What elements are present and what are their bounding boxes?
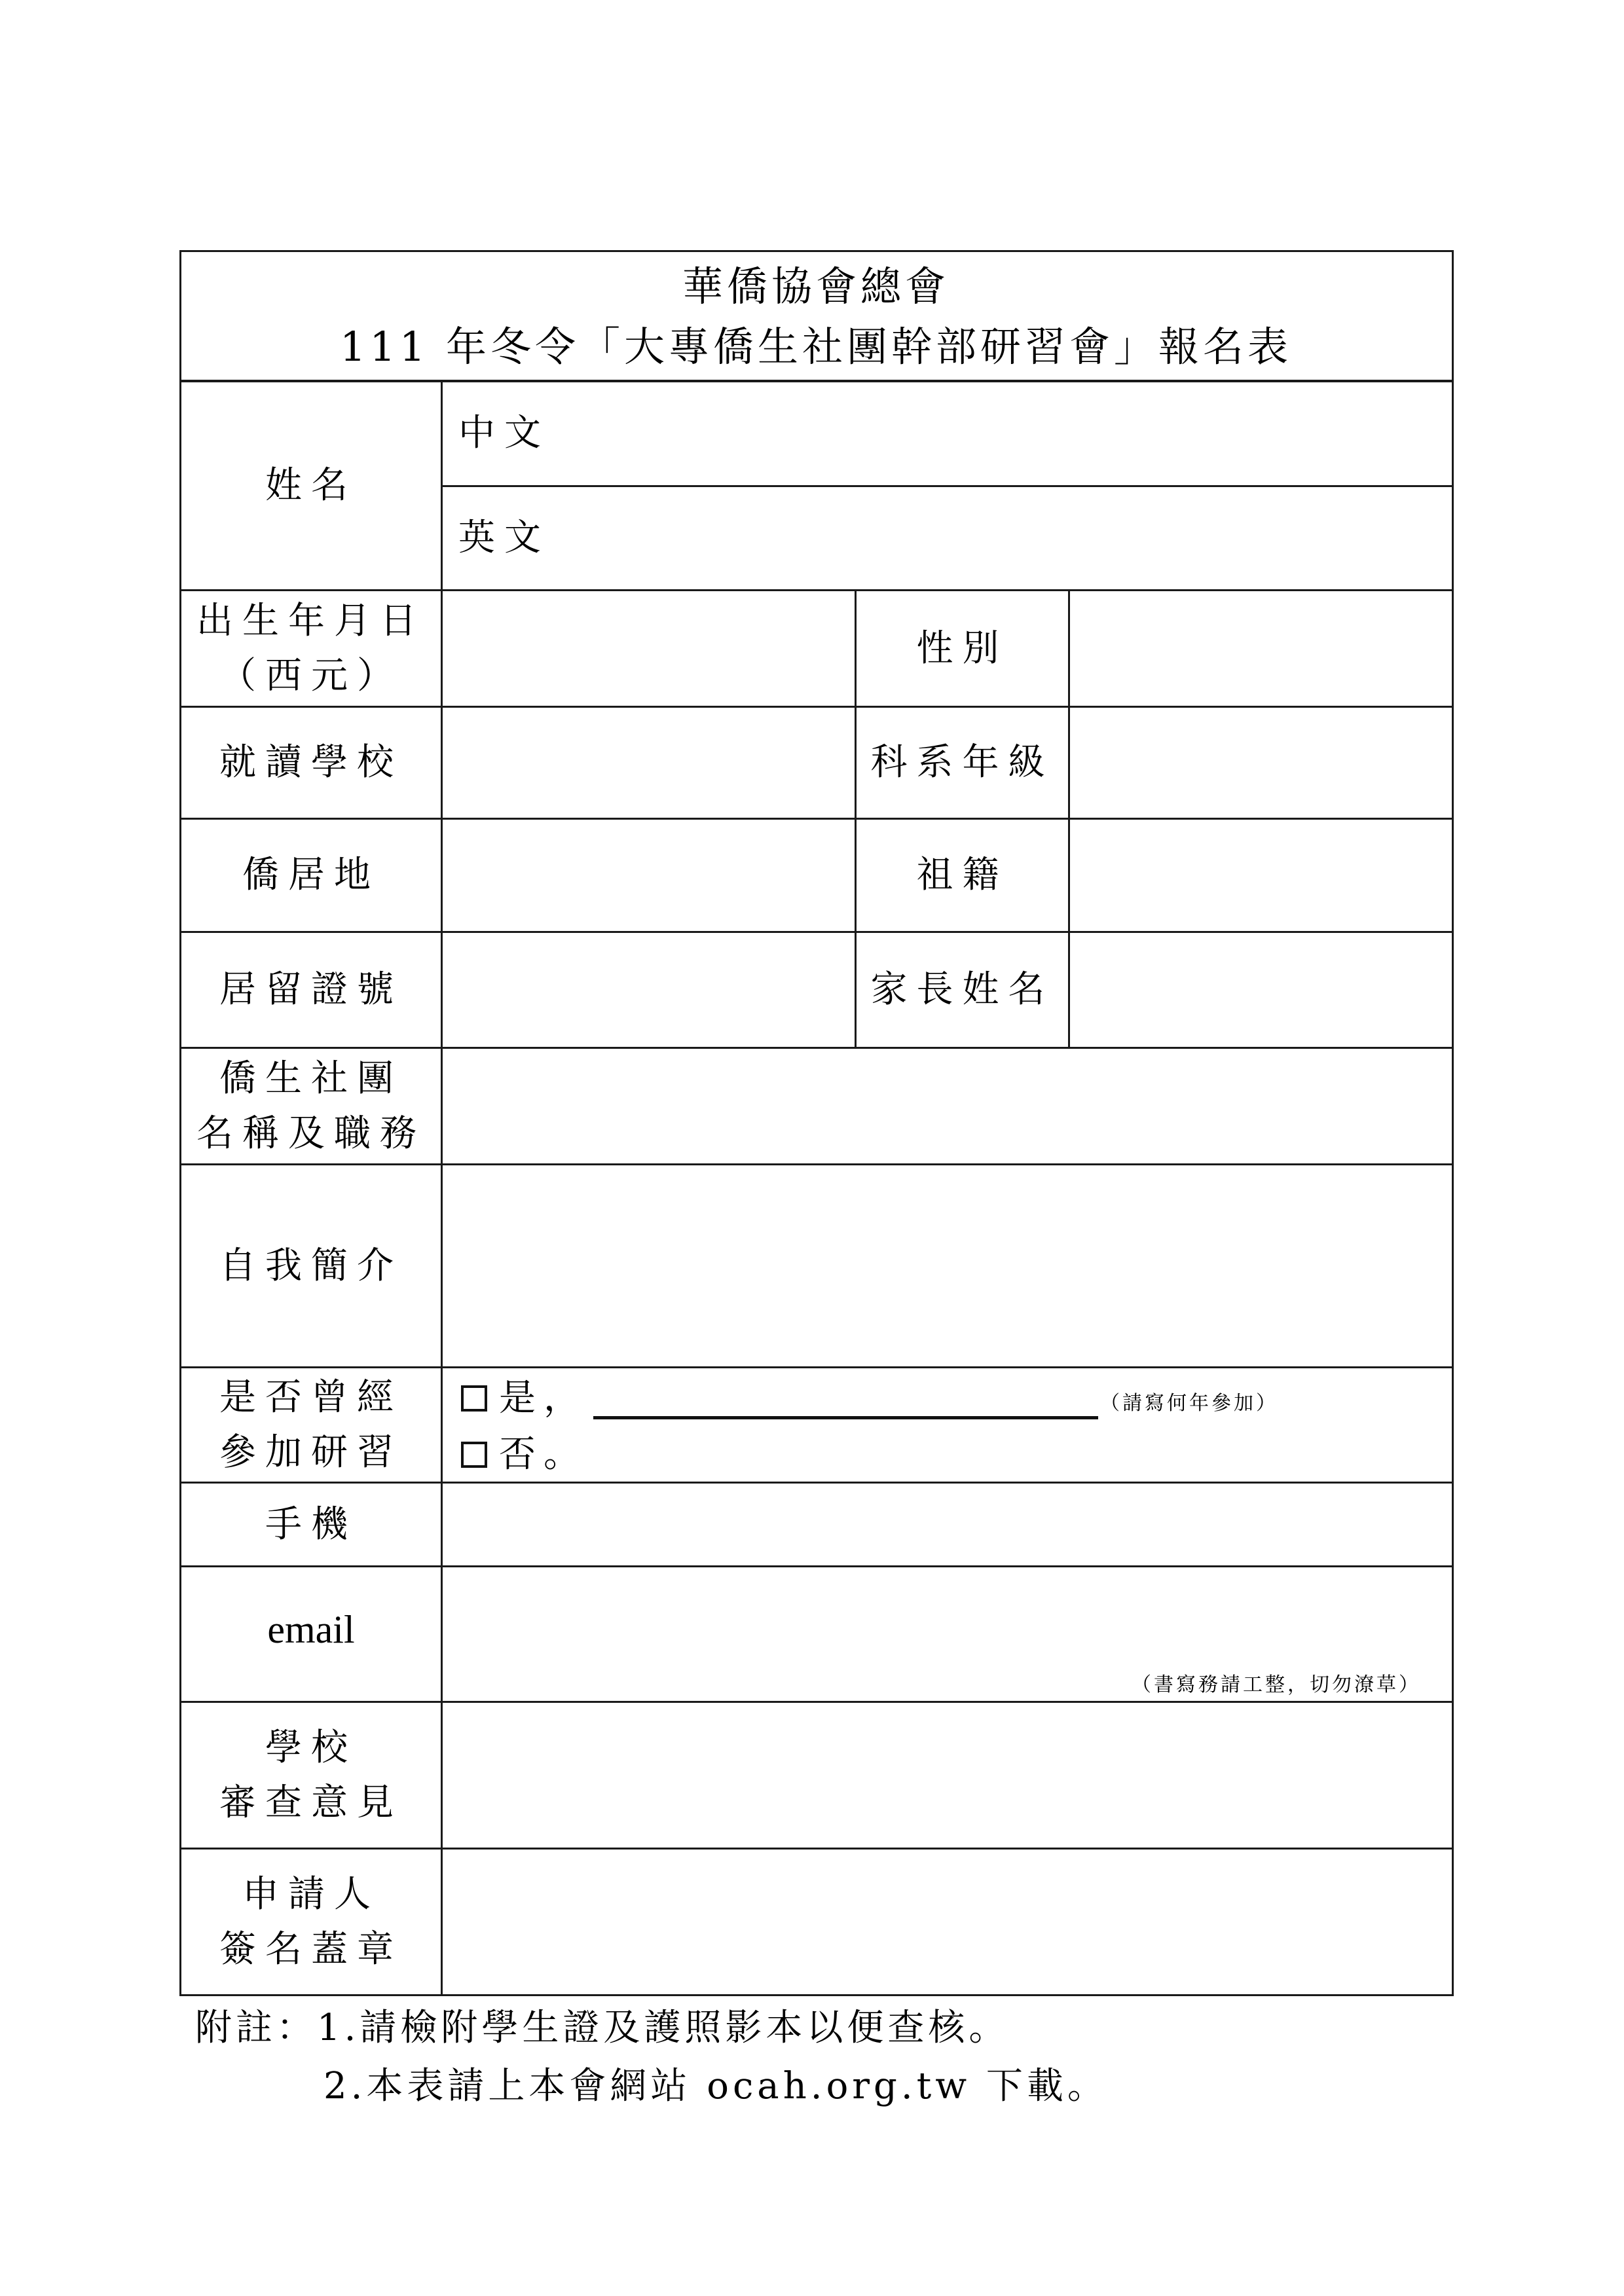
ancestral-home-label: 祖籍 <box>857 820 1068 931</box>
name-label: 姓名 <box>181 382 441 589</box>
form-title: 111 年冬令「大專僑生社團幹部研習會」報名表 <box>181 319 1451 374</box>
mid-column-divider-2 <box>1068 589 1070 1048</box>
school-review-textarea[interactable] <box>445 1707 1450 1846</box>
participated-no-label: 否。 <box>499 1435 588 1474</box>
gender-label: 性別 <box>857 591 1068 706</box>
department-grade-label: 科系年級 <box>857 708 1068 818</box>
table-border-bottom <box>179 1994 1454 1996</box>
self-intro-textarea[interactable] <box>445 1169 1450 1364</box>
residence-permit-label: 居留證號 <box>181 933 441 1047</box>
label-column-divider <box>441 381 443 1995</box>
participation-year-input[interactable] <box>593 1381 1101 1415</box>
english-name-label: 英文 <box>458 487 589 589</box>
english-name-input[interactable] <box>589 491 1443 584</box>
school-review-label: 學校 審查意見 <box>181 1703 441 1848</box>
signature-label: 申請人 簽名蓋章 <box>181 1850 441 1994</box>
participated-yes-label: 是， <box>499 1379 588 1418</box>
email-input[interactable] <box>445 1571 1450 1664</box>
department-grade-input[interactable] <box>1074 712 1450 815</box>
row-divider <box>441 485 1454 487</box>
past-participation-label: 是否曾經 參加研習 <box>181 1368 441 1482</box>
residence-permit-input[interactable] <box>445 938 854 1044</box>
participation-year-hint: （請寫何年參加） <box>1100 1392 1278 1415</box>
club-input[interactable] <box>445 1053 1450 1160</box>
residence-input[interactable] <box>445 824 854 928</box>
footnote-2: 2.本表請上本會網站 ocah.org.tw 下載。 <box>323 2064 1108 2109</box>
table-border-right <box>1452 250 1454 1996</box>
chinese-name-input[interactable] <box>589 386 1443 479</box>
participated-no-checkbox[interactable] <box>461 1442 487 1468</box>
self-intro-label: 自我簡介 <box>181 1165 441 1366</box>
chinese-name-label: 中文 <box>458 382 589 485</box>
club-label: 僑生社團 名稱及職務 <box>181 1049 441 1163</box>
signature-area[interactable] <box>445 1854 1447 1990</box>
participation-year-underline <box>593 1416 1098 1419</box>
table-border-top <box>179 250 1454 252</box>
gender-input[interactable] <box>1074 596 1450 702</box>
email-label: email <box>181 1567 441 1692</box>
parent-name-label: 家長姓名 <box>857 933 1068 1047</box>
email-hint: （書寫務請工整，切勿潦草） <box>1132 1673 1421 1697</box>
school-label: 就讀學校 <box>181 708 441 818</box>
ancestral-home-input[interactable] <box>1074 824 1450 928</box>
school-input[interactable] <box>445 712 854 815</box>
mobile-input[interactable] <box>445 1487 1450 1562</box>
parent-name-input[interactable] <box>1074 938 1450 1044</box>
organization-title: 華僑協會總會 <box>181 259 1451 314</box>
footnote-1: 附註：1.請檢附學生證及護照影本以便查核。 <box>195 2005 1009 2051</box>
birthdate-input[interactable] <box>445 596 854 702</box>
residence-label: 僑居地 <box>181 820 441 931</box>
birthdate-label: 出生年月日 （西元） <box>181 591 441 706</box>
mobile-label: 手機 <box>181 1484 441 1565</box>
participated-yes-checkbox[interactable] <box>461 1385 487 1412</box>
